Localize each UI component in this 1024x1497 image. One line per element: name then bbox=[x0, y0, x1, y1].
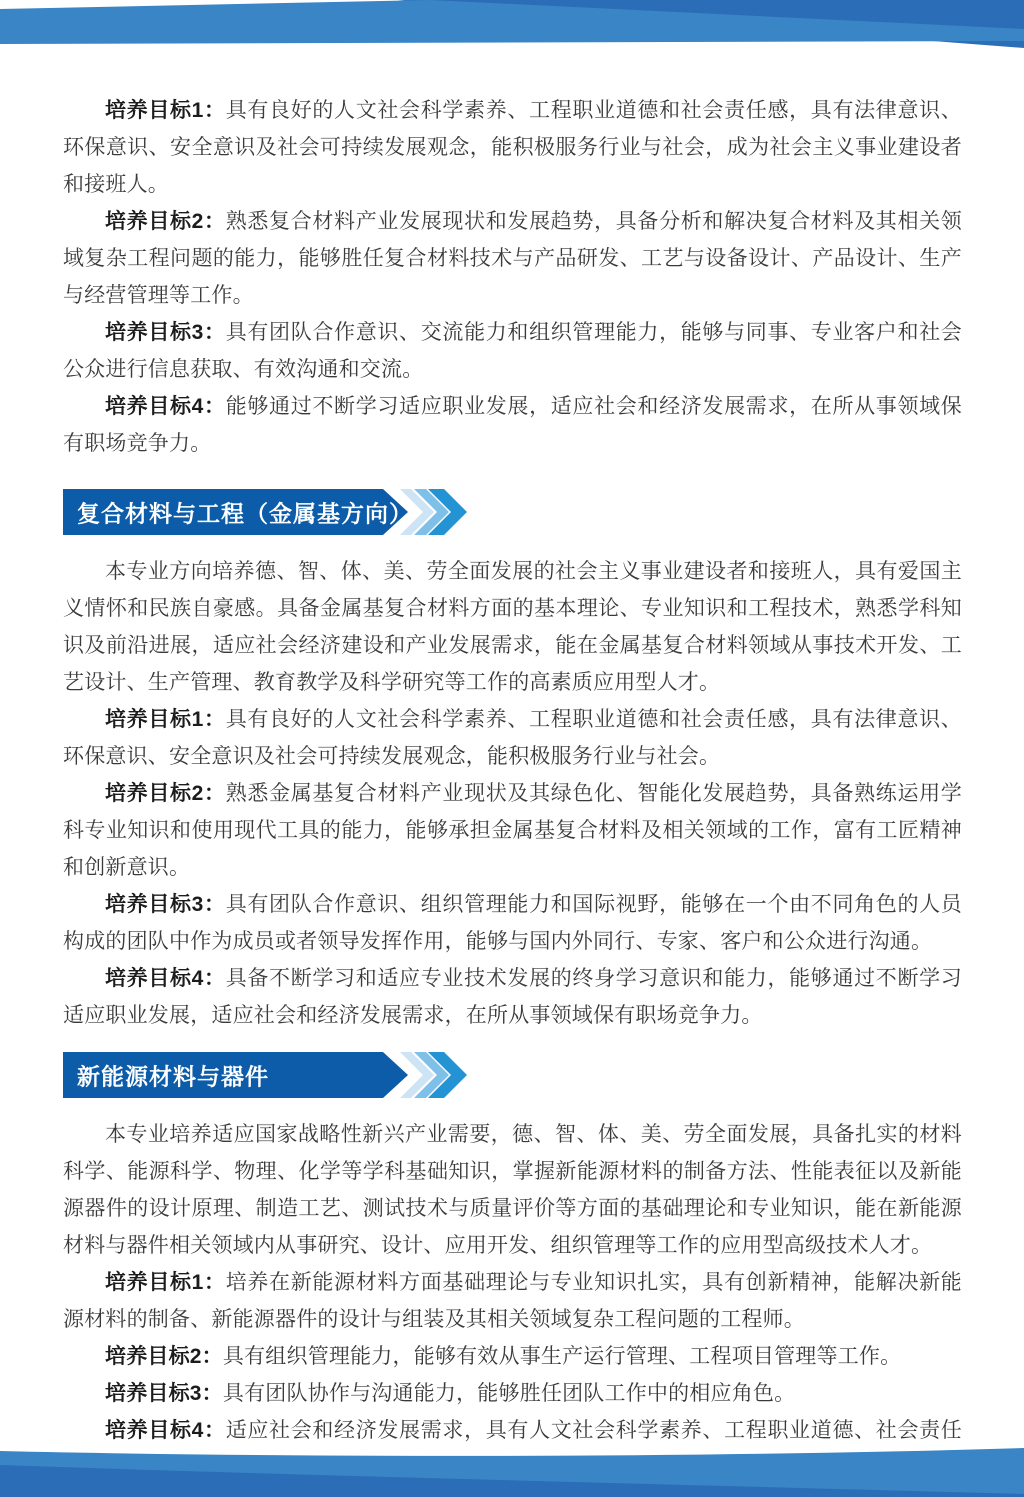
objective-label: 培养目标2： bbox=[105, 1345, 223, 1368]
objective-label: 培养目标4： bbox=[105, 967, 226, 990]
objective-text: 具有组织管理能力，能够有效从事生产运行管理、工程项目管理等工作。 bbox=[223, 1345, 901, 1368]
objective-paragraph: 培养目标3：具有团队合作意识、交流能力和组织管理能力，能够与同事、专业客户和社会… bbox=[63, 314, 962, 388]
section-intro-paragraph: 本专业培养适应国家战略性新兴产业需要，德、智、体、美、劳全面发展，具备扎实的材料… bbox=[63, 1116, 962, 1264]
section-intro-text: 本专业培养适应国家战略性新兴产业需要，德、智、体、美、劳全面发展，具备扎实的材料… bbox=[63, 1123, 962, 1257]
page: { "page": { "colors": { "banner_blue": "… bbox=[0, 0, 1024, 1497]
section-banner-composite-materials: 复合材料与工程（金属基方向） bbox=[63, 489, 533, 535]
objective-paragraph: 培养目标1：具有良好的人文社会科学素养、工程职业道德和社会责任感，具有法律意识、… bbox=[63, 701, 962, 775]
objective-paragraph: 培养目标4：具备不断学习和适应专业技术发展的终身学习意识和能力，能够通过不断学习… bbox=[63, 960, 962, 1034]
section-intro-paragraph: 本专业方向培养德、智、体、美、劳全面发展的社会主义事业建设者和接班人，具有爱国主… bbox=[63, 553, 962, 701]
objective-paragraph: 培养目标4：能够通过不断学习适应职业发展，适应社会和经济发展需求，在所从事领域保… bbox=[63, 388, 962, 462]
page-content: 培养目标1：具有良好的人文社会科学素养、工程职业道德和社会责任感，具有法律意识、… bbox=[0, 50, 1024, 1486]
objective-label: 培养目标4： bbox=[105, 395, 226, 418]
objective-paragraph: 培养目标2：熟悉复合材料产业发展现状和发展趋势，具备分析和解决复合材料及其相关领… bbox=[63, 203, 962, 314]
objective-label: 培养目标1： bbox=[105, 99, 226, 122]
objective-text: 具有团队协作与沟通能力，能够胜任团队工作中的相应角色。 bbox=[223, 1382, 795, 1405]
section-banner-new-energy-materials: 新能源材料与器件 bbox=[63, 1052, 533, 1098]
section-title: 复合材料与工程（金属基方向） bbox=[77, 496, 413, 529]
objective-paragraph: 培养目标3：具有团队协作与沟通能力，能够胜任团队工作中的相应角色。 bbox=[63, 1375, 962, 1412]
objective-label: 培养目标3： bbox=[105, 321, 226, 344]
objective-paragraph: 培养目标3：具有团队合作意识、组织管理能力和国际视野，能够在一个由不同角色的人员… bbox=[63, 886, 962, 960]
objective-paragraph: 培养目标1：具有良好的人文社会科学素养、工程职业道德和社会责任感，具有法律意识、… bbox=[63, 92, 962, 203]
objective-paragraph: 培养目标2：熟悉金属基复合材料产业现状及其绿色化、智能化发展趋势，具备熟练运用学… bbox=[63, 775, 962, 886]
objective-label: 培养目标3： bbox=[105, 1382, 223, 1405]
objective-label: 培养目标4： bbox=[105, 1419, 226, 1442]
objective-paragraph: 培养目标1：培养在新能源材料方面基础理论与专业知识扎实，具有创新精神，能解决新能… bbox=[63, 1264, 962, 1338]
objective-label: 培养目标2： bbox=[105, 782, 226, 805]
objective-label: 培养目标1： bbox=[105, 708, 226, 731]
objective-paragraph: 培养目标2：具有组织管理能力，能够有效从事生产运行管理、工程项目管理等工作。 bbox=[63, 1338, 962, 1375]
objective-label: 培养目标1： bbox=[105, 1271, 226, 1294]
section-title: 新能源材料与器件 bbox=[77, 1059, 269, 1092]
objective-label: 培养目标3： bbox=[105, 893, 226, 916]
top-banner-decoration bbox=[0, 0, 1024, 50]
section-intro-text: 本专业方向培养德、智、体、美、劳全面发展的社会主义事业建设者和接班人，具有爱国主… bbox=[63, 560, 962, 694]
bottom-banner-decoration bbox=[0, 1445, 1024, 1497]
objective-label: 培养目标2： bbox=[105, 210, 226, 233]
